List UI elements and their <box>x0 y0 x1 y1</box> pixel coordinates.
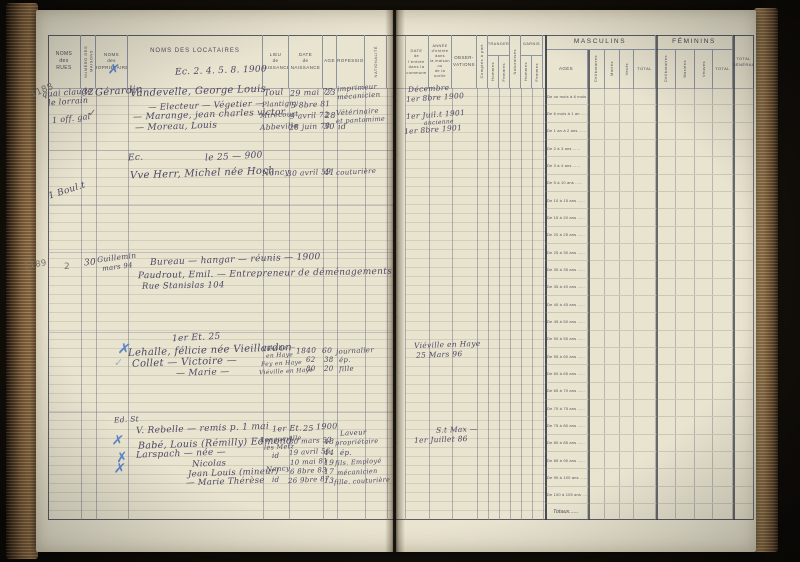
table-rule <box>289 88 290 520</box>
table-rule <box>499 88 500 520</box>
tally-cell <box>733 435 754 451</box>
tally-cell <box>605 244 620 260</box>
tally-cell <box>695 227 713 243</box>
tally-cell <box>656 400 676 416</box>
tally-cell <box>620 487 634 503</box>
masc-veufs-label: Veufs <box>624 63 629 76</box>
tally-cell <box>676 140 695 156</box>
age-bracket-row: De 40 à 45 ans ...... <box>545 296 754 313</box>
book-page-edges-right <box>754 8 778 552</box>
tally-cell <box>713 175 733 191</box>
tally-cell <box>656 417 676 433</box>
tally-cell <box>733 487 754 503</box>
tally-cell <box>656 175 676 191</box>
table-rule <box>429 88 430 520</box>
age-bracket-label: De 65 à 70 ans ...... <box>545 383 588 399</box>
tally-cell <box>676 279 695 295</box>
tally-cell <box>588 348 605 364</box>
tally-cell <box>656 157 676 173</box>
tally-cell <box>713 227 733 243</box>
age-bracket-text: De 2 à 3 ans ...... <box>547 146 580 151</box>
age-bracket-row: De 60 à 65 ans ...... <box>545 365 754 382</box>
totaux-cell <box>634 504 656 520</box>
garnis-femmes-label: Femmes <box>534 63 539 82</box>
col-header-garnis-femmes: Femmes <box>532 56 543 88</box>
age-bracket-text: De 45 à 50 ans ...... <box>547 319 585 324</box>
age-bracket-text: De un mois à 6 mois ...... <box>547 94 587 99</box>
tally-cell <box>605 400 620 416</box>
tally-cell <box>588 227 605 243</box>
tally-cell <box>656 435 676 451</box>
tally-cell <box>588 105 605 121</box>
tally-cell <box>713 452 733 468</box>
tally-cell <box>634 261 656 277</box>
age-bracket-row: De 1 an à 2 ans ...... <box>545 123 754 140</box>
tally-cell <box>713 348 733 364</box>
col-header-comptes-label: Comptés à part <box>479 44 484 78</box>
tally-cell <box>656 192 676 208</box>
age-bracket-text: De 80 à 85 ans ...... <box>547 440 585 445</box>
tally-cell <box>695 487 713 503</box>
tally-cell <box>695 175 713 191</box>
age-bracket-text: De 100 à 105 ans ...... <box>547 492 587 497</box>
tally-cell <box>620 331 634 347</box>
tally-cell <box>620 261 634 277</box>
tally-cell <box>588 331 605 347</box>
age-bracket-row: De 5 à 10 ans ...... <box>545 175 754 192</box>
tally-cell <box>676 105 695 121</box>
tally-cell <box>620 175 634 191</box>
tally-cell <box>656 452 676 468</box>
age-bracket-label: De 75 à 80 ans ...... <box>545 417 588 433</box>
tally-cell <box>656 209 676 225</box>
tally-cell <box>733 175 754 191</box>
entry-block-separator <box>48 150 395 151</box>
age-bracket-text: De 40 à 45 ans ...... <box>547 302 585 307</box>
tally-cell <box>605 279 620 295</box>
age-bracket-label: De 20 à 25 ans ...... <box>545 227 588 243</box>
tally-cell <box>656 123 676 139</box>
fem-celibataires-label: Célibataires <box>663 55 668 82</box>
tally-cell <box>588 400 605 416</box>
tally-cell <box>634 313 656 329</box>
tally-cell <box>588 157 605 173</box>
tally-cell <box>713 487 733 503</box>
totaux-cell <box>695 504 713 520</box>
tally-cell <box>676 469 695 485</box>
age-bracket-text: De 30 à 35 ans ...... <box>547 267 585 272</box>
tally-cell <box>695 313 713 329</box>
age-bracket-row: De 100 à 105 ans ...... <box>545 487 754 504</box>
col-header-annee-entree: ANNÉE d'entrée dans la maison ou de la s… <box>429 35 452 88</box>
age-bracket-label: De 35 à 40 ans ...... <box>545 279 588 295</box>
age-bracket-text: De 85 à 90 ans ...... <box>547 458 585 463</box>
group-header-garnis: GARNIS <box>521 35 543 56</box>
table-rule <box>521 88 522 520</box>
tally-cell <box>634 417 656 433</box>
age-bracket-text: De 55 à 60 ans ...... <box>547 354 585 359</box>
age-bracket-label: De 10 à 15 ans ...... <box>545 192 588 208</box>
tally-cell <box>695 209 713 225</box>
tally-cell <box>588 365 605 381</box>
tally-cell <box>620 157 634 173</box>
tally-cell <box>695 105 713 121</box>
totaux-cell <box>605 504 620 520</box>
totaux-cell <box>733 504 754 520</box>
tally-cell <box>605 157 620 173</box>
tally-cell <box>605 383 620 399</box>
tally-cell <box>713 331 733 347</box>
tally-cell <box>695 348 713 364</box>
tally-cell <box>605 192 620 208</box>
table-rule <box>81 88 82 520</box>
tally-cell <box>695 331 713 347</box>
tally-cell <box>733 365 754 381</box>
tally-cell <box>695 123 713 139</box>
tally-cell <box>713 123 733 139</box>
tally-cell <box>620 140 634 156</box>
age-bracket-label: De 70 à 75 ans ...... <box>545 400 588 416</box>
tally-cell <box>733 313 754 329</box>
tally-cell <box>733 209 754 225</box>
tally-cell <box>634 296 656 312</box>
tally-cell <box>695 435 713 451</box>
entry-block-separator <box>48 252 395 253</box>
tally-cell <box>634 452 656 468</box>
entry-block-separator <box>48 205 395 206</box>
tally-cell <box>676 244 695 260</box>
tally-cell <box>634 348 656 364</box>
tally-cell <box>676 383 695 399</box>
group-header-feminins: FÉMININS <box>656 35 733 50</box>
col-header-proprietaires: NOMS des PROPRIÉTAIRES <box>96 35 128 88</box>
tally-cell <box>605 365 620 381</box>
tally-cell <box>713 417 733 433</box>
tally-cell <box>620 452 634 468</box>
col-header-observations: OBSER- VATIONS <box>452 35 477 88</box>
col-header-total-general: TOTAL GÉNÉRAL <box>733 35 754 88</box>
tally-cell <box>634 365 656 381</box>
col-header-locataires: NOMS DES LOCATAIRES <box>128 35 263 88</box>
col-header-naturalises: Naturalisés <box>510 35 521 88</box>
tally-cell <box>695 383 713 399</box>
age-bracket-label: De 2 à 3 ans ...... <box>545 140 588 156</box>
col-header-fem-total: TOTAL <box>713 50 733 88</box>
book-page-edges-left <box>6 3 38 559</box>
fem-veuves-label: Veuves <box>701 61 706 77</box>
tally-cell <box>676 452 695 468</box>
tally-cell <box>656 261 676 277</box>
col-header-date-naissance: DATE de NAISSANCE <box>289 35 323 88</box>
tally-cell <box>620 348 634 364</box>
tally-cell <box>713 400 733 416</box>
tally-cell <box>634 227 656 243</box>
tally-cell <box>588 417 605 433</box>
age-bracket-label: De 45 à 50 ans ...... <box>545 313 588 329</box>
tally-cell <box>676 435 695 451</box>
tally-cell <box>676 331 695 347</box>
etrangers-hommes-label: Hommes <box>490 62 495 81</box>
age-bracket-row: De 6 mois à 1 an ...... <box>545 105 754 122</box>
age-bracket-text: De 60 à 65 ans ...... <box>547 371 585 376</box>
tally-cell <box>656 279 676 295</box>
tally-cell <box>713 157 733 173</box>
tally-cell <box>620 383 634 399</box>
col-header-comptes-a-part: Comptés à part <box>477 35 488 88</box>
tally-cell <box>605 417 620 433</box>
table-rule <box>365 88 366 520</box>
tally-cell <box>605 209 620 225</box>
tally-cell <box>605 105 620 121</box>
tally-cell <box>713 209 733 225</box>
tally-cell <box>605 435 620 451</box>
tally-cell <box>588 192 605 208</box>
tally-cell <box>634 209 656 225</box>
age-bracket-row: De 70 à 75 ans ...... <box>545 400 754 417</box>
age-bracket-label: De 3 à 4 ans ...... <box>545 157 588 173</box>
age-bracket-text: De 20 à 25 ans ...... <box>547 233 585 238</box>
entry-block-separator <box>48 332 395 333</box>
tally-cell <box>676 192 695 208</box>
tally-cell <box>695 417 713 433</box>
tally-cell <box>713 365 733 381</box>
age-bracket-text: De 15 à 20 ans ...... <box>547 215 585 220</box>
col-header-noms-des-rues: NOMS des RUES <box>48 35 81 88</box>
photo-backdrop: NOMS des RUES NUMÉRO DES MAISONS NOMS de… <box>0 0 800 562</box>
tally-cell <box>676 365 695 381</box>
tally-cell <box>656 348 676 364</box>
tally-cell <box>634 383 656 399</box>
tally-cell <box>713 192 733 208</box>
tally-cell <box>605 175 620 191</box>
col-header-fem-celibataires: Célibataires <box>656 50 676 88</box>
col-header-masc-total: TOTAL <box>634 50 656 88</box>
totaux-row: Totaux...... <box>545 504 754 520</box>
center-fold-line <box>393 10 396 552</box>
tally-cell <box>634 279 656 295</box>
age-bracket-text: De 75 à 80 ans ...... <box>547 423 585 428</box>
tally-cell <box>676 157 695 173</box>
tally-cell <box>695 400 713 416</box>
age-bracket-label: De 50 à 55 ans ...... <box>545 331 588 347</box>
tally-cell <box>634 435 656 451</box>
age-bracket-row: De 2 à 3 ans ...... <box>545 140 754 157</box>
tally-cell <box>620 209 634 225</box>
tally-cell <box>620 435 634 451</box>
naturalises-label: Naturalisés <box>512 49 517 75</box>
col-header-fem-mariees: Mariées <box>676 50 695 88</box>
garnis-hommes-label: Hommes <box>523 62 528 81</box>
age-bracket-label: De 5 à 10 ans ...... <box>545 175 588 191</box>
masc-maries-label: Mariés <box>609 61 614 76</box>
tally-cell <box>676 487 695 503</box>
tally-cell <box>676 209 695 225</box>
age-bracket-row: De 85 à 90 ans ...... <box>545 452 754 469</box>
tally-cell <box>713 140 733 156</box>
tally-cell <box>588 175 605 191</box>
tally-cell <box>676 417 695 433</box>
tally-cell <box>605 123 620 139</box>
age-bracket-text: De 5 à 10 ans ...... <box>547 181 583 186</box>
col-header-age: AGE <box>323 35 337 88</box>
tally-cell <box>620 469 634 485</box>
tally-cell <box>634 192 656 208</box>
age-bracket-label: De 80 à 85 ans ...... <box>545 435 588 451</box>
age-bracket-label: De 60 à 65 ans ...... <box>545 365 588 381</box>
tally-cell <box>733 261 754 277</box>
group-header-etrangers: ÉTRANGERS <box>488 35 510 56</box>
tally-cell <box>620 123 634 139</box>
tally-cell <box>634 469 656 485</box>
tally-cell <box>588 469 605 485</box>
age-bracket-row: De 75 à 80 ans ...... <box>545 417 754 434</box>
tally-cell <box>634 244 656 260</box>
totaux-label: Totaux...... <box>545 504 588 520</box>
table-rule <box>452 88 453 520</box>
tally-cell <box>676 261 695 277</box>
masc-celibataires-label: Célibataires <box>593 55 598 82</box>
totaux-cell <box>620 504 634 520</box>
tally-cell <box>733 400 754 416</box>
age-bracket-text: De 90 à 100 ans ...... <box>547 475 587 480</box>
tally-cell <box>588 209 605 225</box>
tally-cell <box>634 123 656 139</box>
tally-cell <box>695 261 713 277</box>
tally-cell <box>605 88 620 104</box>
age-bracket-text: De 25 à 30 ans ...... <box>547 250 585 255</box>
tally-cell <box>588 244 605 260</box>
age-bracket-row: De 35 à 40 ans ...... <box>545 279 754 296</box>
tally-cell <box>605 227 620 243</box>
tally-cell <box>620 105 634 121</box>
col-header-lieu-naissance: LIEU de NAISSANCE <box>263 35 289 88</box>
tally-cell <box>733 383 754 399</box>
col-header-masc-veufs: Veufs <box>620 50 634 88</box>
tally-cell <box>713 313 733 329</box>
tally-cell <box>695 157 713 173</box>
age-bracket-row: De 3 à 4 ans ...... <box>545 157 754 174</box>
entry-block-separator <box>48 412 395 413</box>
age-bracket-label: De 30 à 35 ans ...... <box>545 261 588 277</box>
group-header-masculins: MASCULINS <box>545 35 656 50</box>
tally-cell <box>588 140 605 156</box>
age-bracket-row: De 65 à 70 ans ...... <box>545 383 754 400</box>
age-bracket-label: De 6 mois à 1 an ...... <box>545 105 588 121</box>
age-bracket-text: De 65 à 70 ans ...... <box>547 388 585 393</box>
tally-cell <box>588 123 605 139</box>
totaux-cell <box>713 504 733 520</box>
tally-cell <box>733 296 754 312</box>
tally-cell <box>733 105 754 121</box>
age-bracket-label: De 25 à 30 ans ...... <box>545 244 588 260</box>
age-bracket-text: De 50 à 55 ans ...... <box>547 337 585 342</box>
table-rule <box>128 88 129 520</box>
tally-cell <box>713 383 733 399</box>
table-rule <box>532 88 533 520</box>
tally-cell <box>695 365 713 381</box>
tally-cell <box>656 365 676 381</box>
totaux-cell <box>656 504 676 520</box>
col-header-garnis-hommes: Hommes <box>521 56 532 88</box>
tally-cell <box>713 435 733 451</box>
table-rule <box>543 88 544 520</box>
table-rule <box>488 88 489 520</box>
age-bracket-text: De 1 an à 2 ans ...... <box>547 129 586 134</box>
tally-cell <box>605 313 620 329</box>
age-bracket-label: De 85 à 90 ans ...... <box>545 452 588 468</box>
age-bracket-row: De 45 à 50 ans ...... <box>545 313 754 330</box>
tally-cell <box>733 140 754 156</box>
tally-cell <box>634 105 656 121</box>
tally-cell <box>588 383 605 399</box>
tally-cell <box>605 348 620 364</box>
col-header-profession: PROFESSION <box>337 35 365 88</box>
tally-cell <box>695 296 713 312</box>
tally-cell <box>676 400 695 416</box>
age-bracket-label: De 40 à 45 ans ...... <box>545 296 588 312</box>
tally-cell <box>733 331 754 347</box>
tally-cell <box>588 261 605 277</box>
tally-cell <box>605 487 620 503</box>
tally-cell <box>605 140 620 156</box>
tally-cell <box>656 296 676 312</box>
age-bracket-label: De 90 à 100 ans ...... <box>545 469 588 485</box>
tally-cell <box>733 469 754 485</box>
col-header-etrangers-femmes: Femmes <box>499 56 510 88</box>
tally-cell <box>695 244 713 260</box>
tally-cell <box>733 452 754 468</box>
col-header-nationalite: NATIONALITÉ <box>365 35 387 88</box>
tally-cell <box>656 140 676 156</box>
age-bracket-label: De un mois à 6 mois ...... <box>545 88 588 104</box>
tally-cell <box>605 469 620 485</box>
age-bracket-label: De 15 à 20 ans ...... <box>545 209 588 225</box>
tally-cell <box>695 279 713 295</box>
tally-cell <box>620 227 634 243</box>
tally-cell <box>713 88 733 104</box>
age-bracket-label: De 1 an à 2 ans ...... <box>545 123 588 139</box>
tally-cell <box>620 244 634 260</box>
tally-cell <box>695 452 713 468</box>
tally-cell <box>588 313 605 329</box>
tally-cell <box>588 279 605 295</box>
tally-cell <box>676 175 695 191</box>
tally-cell <box>588 452 605 468</box>
table-rule <box>96 88 97 520</box>
age-bracket-row: De 10 à 15 ans ...... <box>545 192 754 209</box>
tally-cell <box>634 140 656 156</box>
age-bracket-row: De 25 à 30 ans ...... <box>545 244 754 261</box>
age-bracket-text: De 70 à 75 ans ...... <box>547 406 585 411</box>
tally-cell <box>656 88 676 104</box>
age-bracket-row: De 55 à 60 ans ...... <box>545 348 754 365</box>
tally-cell <box>656 244 676 260</box>
age-bracket-row: De 20 à 25 ans ...... <box>545 227 754 244</box>
tally-cell <box>695 192 713 208</box>
table-rule <box>405 35 406 520</box>
tally-cell <box>620 279 634 295</box>
tally-cell <box>634 88 656 104</box>
age-pyramid-grid: De un mois à 6 mois ......De 6 mois à 1 … <box>545 88 754 504</box>
tally-cell <box>733 227 754 243</box>
tally-cell <box>695 140 713 156</box>
col-header-ages: AGES <box>545 50 588 88</box>
tally-cell <box>605 296 620 312</box>
age-bracket-text: De 6 mois à 1 an ...... <box>547 111 587 116</box>
age-bracket-row: De 80 à 85 ans ...... <box>545 435 754 452</box>
tally-cell <box>656 331 676 347</box>
tally-cell <box>656 469 676 485</box>
